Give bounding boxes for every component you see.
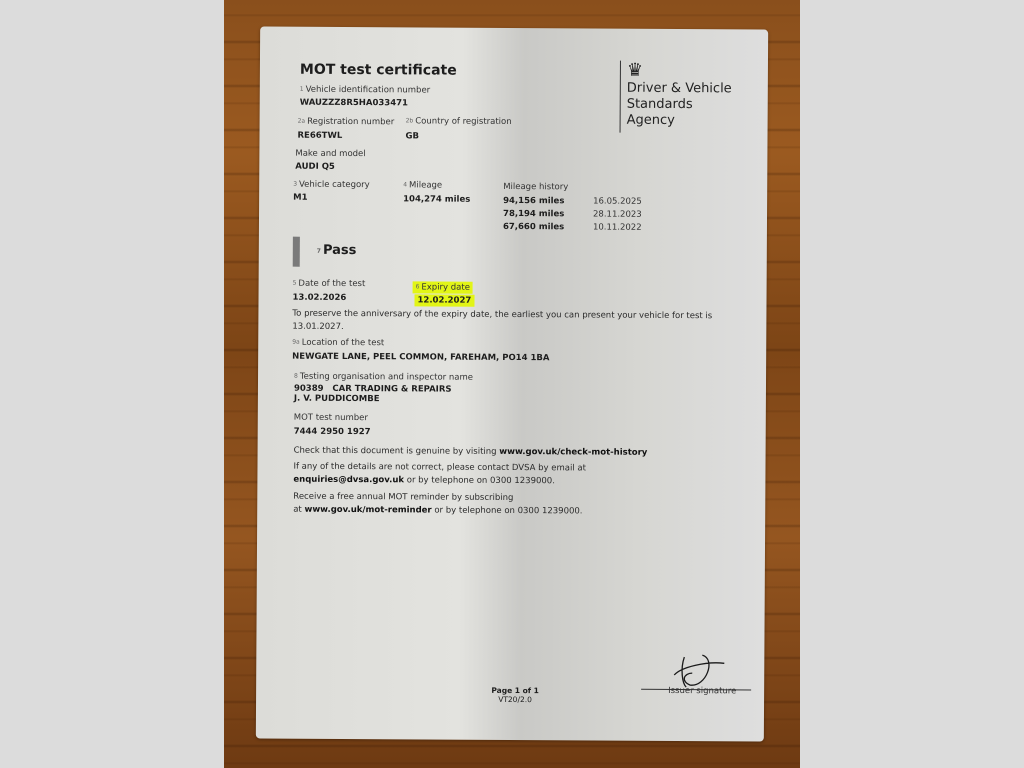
registration-label: 2aRegistration number	[298, 117, 395, 128]
test-date-label: 5Date of the test	[293, 279, 366, 289]
vin-label: 1Vehicle identification number	[300, 85, 430, 96]
issuer-signature-label: Issuer signature	[668, 686, 736, 696]
test-date-value: 13.02.2026	[292, 293, 346, 303]
document-title: MOT test certificate	[300, 62, 457, 79]
check-genuine-text: Check that this document is genuine by v…	[294, 445, 734, 460]
dvsa-logo: ♛ Driver & Vehicle Standards Agency	[620, 61, 757, 134]
mileage-history-miles: 78,194 miles	[503, 209, 564, 219]
page-number: Page 1 of 1	[480, 686, 550, 695]
mileage-label: 4Mileage	[403, 180, 442, 190]
reminder-text: Receive a free annual MOT reminder by su…	[293, 491, 733, 519]
mileage-history-date: 28.11.2023	[593, 209, 642, 219]
vin-value: WAUZZZ8R5HA033471	[300, 98, 408, 109]
mot-certificate-paper: MOT test certificate ♛ Driver & Vehicle …	[256, 26, 768, 741]
mileage-history-date: 16.05.2025	[593, 196, 642, 206]
location-label: 9aLocation of the test	[292, 338, 384, 349]
dvsa-email-link[interactable]: enquiries@dvsa.gov.uk	[293, 474, 404, 485]
royal-crest-icon: ♛	[627, 61, 757, 82]
make-model-value: AUDI Q5	[295, 162, 335, 172]
make-model-label: Make and model	[295, 149, 365, 159]
result-bar	[293, 237, 300, 267]
mileage-history-miles: 94,156 miles	[503, 196, 564, 206]
inspector-name: J. V. PUDDICOMBE	[294, 394, 380, 405]
country-label: 2bCountry of registration	[406, 116, 512, 127]
contact-text: If any of the details are not correct, p…	[293, 461, 733, 489]
mileage-value: 104,274 miles	[403, 194, 470, 204]
mileage-history-label: Mileage history	[503, 182, 568, 192]
check-mot-history-link[interactable]: www.gov.uk/check-mot-history	[499, 447, 647, 458]
test-number-value: 7444 2950 1927	[294, 427, 371, 437]
mileage-history-date: 10.11.2022	[593, 222, 642, 232]
anniversary-note: To preserve the anniversary of the expir…	[292, 308, 732, 336]
test-number-label: MOT test number	[294, 413, 368, 423]
location-value: NEWGATE LANE, PEEL COMMON, FAREHAM, PO14…	[292, 352, 549, 364]
agency-name-line: Agency	[627, 113, 757, 130]
agency-name-line: Driver & Vehicle	[627, 81, 757, 98]
test-result: 7Pass	[317, 243, 357, 258]
form-version: VT20/2.0	[480, 695, 550, 704]
expiry-date-label: 6Expiry date	[413, 281, 473, 293]
expiry-date-value: 12.02.2027	[414, 294, 474, 306]
registration-value: RE66TWL	[297, 131, 342, 141]
country-value: GB	[405, 131, 419, 141]
mot-reminder-link[interactable]: www.gov.uk/mot-reminder	[304, 504, 431, 515]
organisation-label: 8Testing organisation and inspector name	[294, 372, 473, 383]
page-footer: Page 1 of 1 VT20/2.0	[480, 686, 550, 704]
issuer-signature-mark	[666, 649, 726, 691]
agency-name-line: Standards	[627, 97, 757, 114]
category-value: M1	[293, 193, 307, 203]
category-label: 3Vehicle category	[293, 180, 370, 190]
mileage-history-miles: 67,660 miles	[503, 222, 564, 232]
